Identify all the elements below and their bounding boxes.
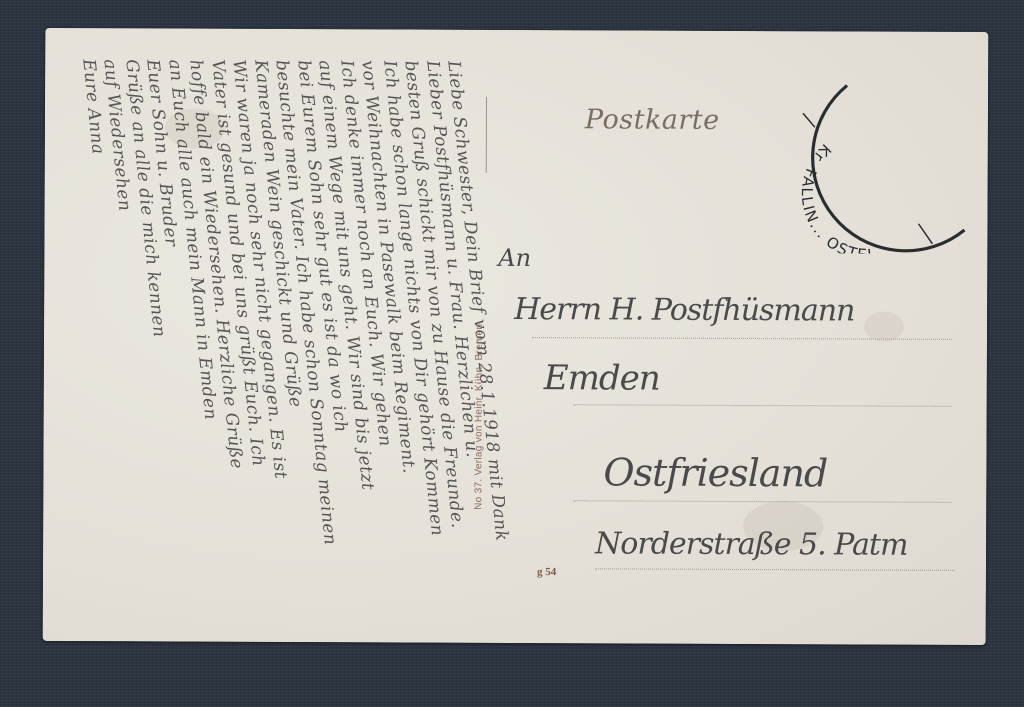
postmark-stamp-icon: Kr. FALLIN... OSTEL: [786, 73, 967, 254]
address-street: Norderstraße 5. Patm: [595, 526, 907, 562]
handwritten-message: Liebe Schwester, Dein Brief vom 28.1.191…: [43, 28, 486, 643]
address-line-4: [595, 568, 955, 571]
center-divider-line: [486, 97, 487, 173]
address-salutation: An: [498, 244, 531, 272]
address-recipient: Herrn H. Postfhüsmann: [514, 292, 854, 328]
address-line-3: [573, 500, 951, 503]
postcard: Liebe Schwester, Dein Brief vom 28.1.191…: [43, 28, 989, 645]
paper-stain: [864, 312, 904, 342]
address-city: Emden: [544, 358, 660, 399]
print-code: g 54: [537, 566, 556, 578]
publisher-imprint: No 37. Verlag von Heinr. Kühn, Bremen: [473, 200, 488, 510]
address-line-2: [574, 404, 952, 407]
svg-text:Kr. FALLIN... OSTEL: Kr. FALLIN... OSTEL: [797, 140, 878, 254]
postmark-text: Kr. FALLIN... OSTEL: [797, 140, 878, 254]
postcard-title: Postkarte: [585, 104, 720, 136]
address-region: Ostfriesland: [603, 450, 827, 495]
